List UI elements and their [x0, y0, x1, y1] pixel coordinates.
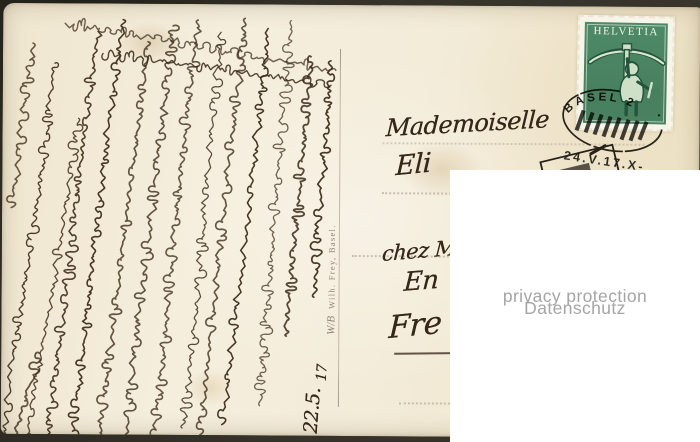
- privacy-overlay: privacy protection Datenschutz: [450, 170, 700, 442]
- postmark-city-arc: BASEL 2: [562, 91, 638, 116]
- postmark-city-text: BASEL 2: [562, 91, 638, 116]
- privacy-line-2: Datenschutz: [524, 302, 626, 314]
- postmark-killer-bars: [576, 110, 646, 140]
- scanned-postcard-photo: W/B Wilh. Frey, Basel. Mademoiselle Eli …: [0, 0, 700, 442]
